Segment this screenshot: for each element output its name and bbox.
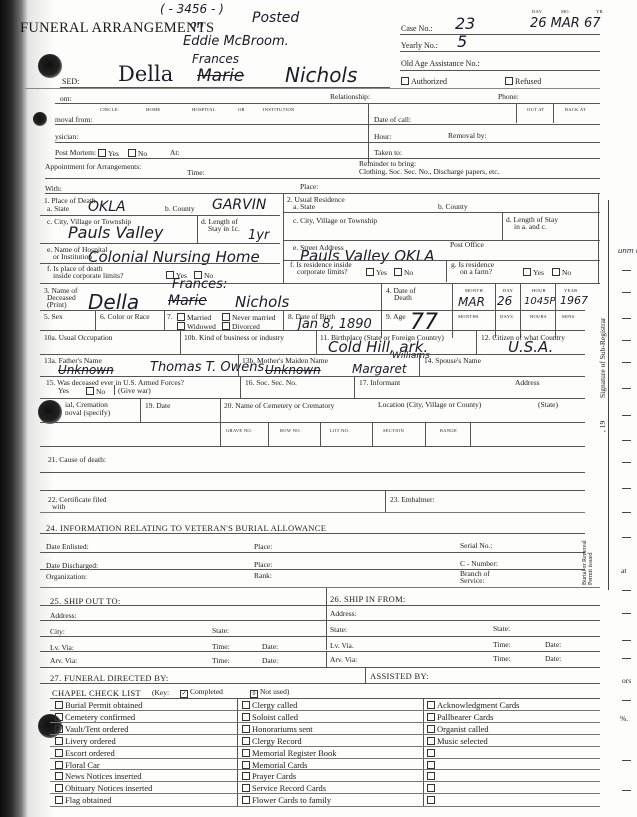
check-label: Obituary Notices inserted [65, 783, 152, 793]
rule [40, 533, 585, 534]
deceased-middle-insert[interactable]: Frances [192, 52, 239, 66]
rule [283, 212, 600, 213]
check-service-record[interactable]: Service Record Cards [242, 783, 326, 793]
checkbox-icon [242, 772, 250, 780]
checkbox-icon [242, 749, 250, 757]
rule [50, 710, 600, 711]
pod-county-label: b. County [165, 205, 195, 213]
rule [40, 512, 585, 513]
margin-tick [622, 270, 631, 271]
check-flag[interactable]: Flag obtained [55, 795, 112, 805]
authorized-label: Authorized [411, 77, 447, 86]
check-blank-3[interactable] [427, 771, 437, 781]
checkbox-icon [242, 761, 250, 769]
rule [40, 310, 585, 311]
no-label: No [562, 268, 571, 277]
rule [237, 698, 238, 806]
date-enlisted-label: Date Enlisted: [46, 543, 89, 551]
checkbox-icon [427, 796, 435, 804]
pod-state-value[interactable]: OKLA [88, 199, 126, 215]
section-header: SECTION [383, 428, 404, 433]
give-war-label: (Give war) [118, 387, 151, 395]
checkbox-icon [427, 749, 435, 757]
circle-label: CIRCLE: [100, 107, 119, 112]
assisted-by-label: ASSISTED BY: [370, 671, 429, 681]
post-mortem-no[interactable]: No [128, 149, 147, 158]
check-flower-cards[interactable]: Flower Cards to family [242, 795, 331, 805]
rule [40, 376, 585, 377]
mother-struck: Unknown [265, 363, 321, 377]
checkbox-icon [505, 77, 513, 85]
c-number-label: C - Number: [460, 560, 498, 568]
margin-tick [622, 658, 631, 659]
pod-limits-label-2: inside corporate limits? [53, 272, 123, 280]
res-limits-no[interactable]: No [394, 268, 413, 277]
check-obituary-notices[interactable]: Obituary Notices inserted [55, 783, 152, 793]
branch-label-2: Service: [460, 577, 485, 585]
checkbox-icon [55, 761, 63, 769]
deceased-label: SED: [62, 78, 79, 86]
checkbox-icon [55, 701, 63, 709]
rule [365, 667, 366, 683]
pod-stay-label-2: Stay in 1c. [208, 225, 240, 233]
checkbox-icon [55, 772, 63, 780]
check-label: Clergy called [252, 700, 297, 710]
check-news-notices[interactable]: News Notices inserted [55, 771, 141, 781]
margin-tick [622, 488, 631, 489]
check-livery[interactable]: Livery ordered [55, 736, 116, 746]
checkbox-icon [55, 784, 63, 792]
dod-year-value[interactable]: 1967 [560, 294, 588, 307]
age-value[interactable]: 77 [410, 310, 438, 335]
res-limits-yes[interactable]: Yes [366, 268, 387, 277]
rule [268, 422, 269, 446]
rank-label: Rank: [254, 572, 272, 580]
margin-at-label: at [621, 567, 626, 575]
checkbox-icon [86, 387, 94, 395]
rule [40, 422, 585, 423]
marital-never-married[interactable]: Never married [222, 313, 276, 322]
checkbox-icon [55, 749, 63, 757]
rule [238, 354, 239, 376]
rule [140, 398, 141, 422]
yes-label: Yes [58, 386, 69, 395]
case-no-value[interactable]: 23 [455, 14, 475, 33]
check-label: Cemetery confirmed [65, 712, 135, 722]
dod-day-value[interactable]: 26 [497, 294, 512, 308]
ship-out-lv-date-label: Date: [262, 643, 278, 651]
circle-home[interactable]: HOME [146, 107, 160, 112]
rule [40, 354, 585, 355]
enlisted-place-label: Place: [254, 543, 272, 551]
check-soloist-called[interactable]: Soloist called [242, 712, 298, 722]
check-label: Organist called [437, 724, 489, 734]
margin-percent: %. [620, 715, 628, 723]
checkbox-icon [55, 713, 63, 721]
rule [283, 240, 600, 241]
rule [114, 385, 115, 395]
res-state-label: a. State [293, 203, 315, 211]
res-county-label: b. County [438, 203, 468, 211]
appointment-time-label: Time: [187, 169, 205, 177]
rule [40, 243, 280, 244]
checkbox-icon [242, 796, 250, 804]
age-header-mins: MINS. [562, 314, 576, 319]
father-struck: Unknown [58, 363, 114, 377]
pod-city-value[interactable]: Pauls Valley [68, 223, 163, 242]
age-label: 9. Age [386, 313, 406, 321]
marital-married[interactable]: Married [177, 313, 211, 322]
cause-of-death-label: 21. Cause of death: [48, 456, 106, 464]
location-state-label: (State) [538, 401, 558, 409]
no-label: No [138, 149, 147, 158]
checkbox-icon [427, 772, 435, 780]
margin-tick [622, 340, 631, 341]
margin-ors: ors [622, 677, 631, 685]
rule [50, 722, 600, 723]
check-vault-tent[interactable]: Vault/Tent ordered [55, 724, 128, 734]
name-insert[interactable]: Frances: [172, 277, 227, 292]
rule [40, 472, 585, 473]
margin-tick [622, 440, 631, 441]
checkbox-icon [427, 713, 435, 721]
ship-out-state-label: State: [212, 627, 229, 635]
annotation-case-ref: ( - 3456 - ) [160, 2, 224, 16]
marital-label: 7. [167, 313, 173, 321]
rule [470, 422, 471, 446]
checkbox-icon [128, 149, 136, 157]
refused-label: Refused [515, 77, 541, 86]
margin-tick [622, 760, 631, 761]
grave-no-header: GRAVE NO. [226, 428, 252, 433]
yearly-no-label: Yearly No.: [401, 42, 438, 50]
rule [55, 142, 600, 143]
ship-out-city-label: City: [50, 628, 65, 636]
case-no-label: Case No.: [401, 25, 433, 33]
rule [553, 103, 554, 123]
pod-hospital-label-2: or Institution [53, 253, 92, 261]
post-mortem-yes[interactable]: Yes [98, 149, 119, 158]
rule [45, 178, 600, 179]
range-header: RANGE [440, 428, 457, 433]
rule [50, 758, 600, 759]
dod-label-2: Death [394, 294, 412, 302]
res-city-label: c. City, Village or Township [293, 217, 377, 225]
permit-issued-label: Burial or Removal Permit issued [582, 539, 594, 585]
ship-in-state-label: State: [493, 625, 510, 633]
check-prayer-cards[interactable]: Prayer Cards [242, 771, 296, 781]
checkbox-icon [427, 701, 435, 709]
check-label: Memorial Register Book [252, 748, 337, 758]
date-label-year: YR. [596, 9, 604, 14]
age-header-months: MONTHS [458, 314, 479, 319]
rule [372, 422, 373, 446]
date19-label: 19. Date [145, 402, 170, 410]
check-label: Acknowledgment Cards [437, 700, 519, 710]
circle-hospital[interactable]: HOSPITAL [192, 107, 216, 112]
annotation-posted-by: Eddie McBroom. [183, 34, 289, 49]
armed-forces-yes[interactable]: Yes [58, 387, 69, 395]
ship-in-title: 26. SHIP IN FROM: [330, 594, 406, 604]
rule [40, 569, 585, 570]
ship-in-address-label: Address: [330, 610, 357, 618]
check-burial-permit[interactable]: Burial Permit obtained [55, 700, 142, 710]
rule [50, 793, 600, 794]
sex-label: 5. Sex [44, 313, 63, 321]
rule [50, 734, 600, 735]
check-label: Burial Permit obtained [65, 700, 142, 710]
ship-out-arv-time-label: Time: [212, 657, 230, 665]
never-married-label: Never married [232, 313, 276, 322]
margin-tick [622, 362, 631, 363]
rule [316, 330, 317, 354]
checkbox-icon [177, 322, 185, 330]
punch-hole [38, 400, 62, 424]
taken-to-label: Taken to: [374, 149, 402, 157]
check-label: Escort ordered [65, 748, 115, 758]
sub-registrar-label: Signature of Sub-Registrar [598, 318, 607, 398]
from-label: om: [60, 95, 72, 103]
margin-rule [608, 200, 609, 590]
name-last[interactable]: Nichols [235, 293, 289, 311]
checkbox-icon [55, 725, 63, 733]
rule [55, 124, 600, 125]
rule [55, 103, 600, 104]
checkbox-icon [427, 761, 435, 769]
rule [164, 310, 165, 330]
checkbox-icon [366, 268, 374, 276]
rule [55, 158, 600, 159]
ship-out-lv-time-label: Time: [212, 643, 230, 651]
ship-in-arv-via-label: Arv. Via: [330, 656, 357, 664]
rule [180, 330, 181, 354]
rule [283, 310, 284, 330]
checkbox-icon [427, 784, 435, 792]
margin-tick [622, 388, 631, 389]
check-label: Soloist called [252, 712, 298, 722]
margin-tick [622, 415, 631, 416]
checkbox-icon [242, 725, 250, 733]
check-label: Vault/Tent ordered [65, 724, 128, 734]
race-label: 6. Color or Race [100, 313, 150, 321]
date-label-day: DAY [532, 9, 542, 14]
deceased-last-name[interactable]: Nichols [285, 63, 357, 87]
checkbox-icon [242, 701, 250, 709]
informant-label: 17. Informant [359, 379, 400, 387]
check-cemetery-confirmed[interactable]: Cemetery confirmed [55, 712, 135, 722]
check-pallbearer-cards[interactable]: Pallbearer Cards [427, 712, 493, 722]
informant-address-label: Address [515, 379, 540, 387]
post-mortem-label: Post Mortem: [55, 149, 96, 157]
check-clergy-called[interactable]: Clergy called [242, 700, 297, 710]
deceased-middle-struck: Marie [197, 66, 244, 86]
lot-no-header: LOT NO. [330, 428, 350, 433]
check-blank-4[interactable] [427, 783, 437, 793]
rule [50, 781, 600, 782]
rule [40, 446, 585, 447]
rule [25, 88, 600, 89]
checkbox-icon [55, 737, 63, 745]
rule [419, 354, 420, 376]
deceased-first-name[interactable]: Della [118, 62, 173, 86]
rule [50, 746, 600, 747]
relationship-label: Relationship: [330, 93, 370, 101]
completed-label: Completed [190, 687, 223, 696]
refused-checkbox[interactable]: Refused [505, 77, 541, 86]
check-organist-called[interactable]: Organist called [427, 724, 489, 734]
rule [240, 376, 241, 398]
annotation-posted: Posted [252, 10, 299, 26]
old-age-label: Old Age Assistance No.: [401, 60, 480, 68]
margin-tick [622, 613, 631, 614]
rule [446, 260, 447, 282]
serial-label: Serial No.: [460, 542, 493, 550]
rule [385, 490, 386, 512]
checkbox-icon [394, 268, 402, 276]
date-label-month: MO. [561, 9, 570, 14]
rule [476, 330, 477, 354]
punch-hole [38, 54, 62, 78]
margin-tick [622, 700, 631, 701]
rule [95, 310, 96, 330]
rule [50, 806, 600, 807]
margin-tick [622, 292, 631, 293]
dod-hour-value[interactable]: 1045P [524, 296, 555, 307]
margin-tick [622, 537, 631, 538]
ship-in-arv-date-label: Date: [545, 655, 561, 663]
dod-header-month: MONTH [465, 288, 483, 293]
removal-by-label: Removal by: [448, 132, 487, 140]
nineteen-label: , 19 [598, 421, 607, 432]
ship-in-lv-time-label: Time: [493, 641, 511, 649]
rule [40, 330, 585, 331]
rule [40, 283, 600, 284]
rule [50, 698, 600, 699]
rule [425, 422, 426, 446]
check-label: Prayer Cards [252, 771, 296, 781]
name-struck: Marie [168, 293, 207, 309]
rule [368, 103, 369, 163]
check-clergy-record[interactable]: Clergy Record [242, 736, 302, 746]
check-label: Honorariums sent [252, 724, 313, 734]
pod-county-value[interactable]: GARVIN [212, 197, 266, 213]
check-label: Pallbearer Cards [437, 712, 493, 722]
res-farm-no[interactable]: No [552, 268, 571, 277]
out-at-label: OUT AT [527, 107, 544, 112]
ship-out-arv-via-label: Arv. Via: [50, 657, 77, 665]
authorized-checkbox[interactable]: Authorized [401, 77, 447, 86]
rule [326, 651, 327, 667]
check-escort[interactable]: Escort ordered [55, 748, 115, 758]
punch-hole [33, 112, 47, 126]
circle-institution[interactable]: INSTITUTION [263, 107, 295, 112]
check-label: Clergy Record [252, 736, 302, 746]
dod-month-value[interactable]: MAR [458, 295, 485, 309]
check-label: Service Record Cards [252, 783, 326, 793]
no-label: No [404, 268, 413, 277]
margin-tick [622, 318, 631, 319]
name-label-3: (Print) [47, 301, 67, 309]
rule [400, 34, 600, 35]
check-music-selected[interactable]: Music selected [427, 736, 488, 746]
checkbox-icon [427, 737, 435, 745]
rule [400, 51, 600, 52]
row-no-header: ROW NO. [280, 428, 301, 433]
res-post-office-label: Post Office [450, 241, 484, 249]
rule [326, 588, 327, 650]
dod-header-day: DAY [503, 288, 513, 293]
discharged-place-label: Place: [254, 561, 272, 569]
yes-label: Yes [108, 149, 119, 158]
ship-in-lv-via-label: Lv. Via. [330, 642, 354, 650]
res-farm-label-2: on a farm? [460, 268, 492, 276]
check-memorial-register[interactable]: Memorial Register Book [242, 748, 337, 758]
zero-icon: 0 [250, 690, 258, 698]
rule [598, 193, 599, 283]
checkbox-icon [222, 313, 230, 321]
location-label: Location (City, Village or County) [378, 401, 481, 409]
check-acknowledgment-cards[interactable]: Acknowledgment Cards [427, 700, 519, 710]
res-farm-yes[interactable]: Yes [523, 268, 544, 277]
annotation-on: on [190, 18, 204, 31]
at-label: At: [170, 149, 180, 157]
with-label: With: [45, 185, 62, 193]
spouse-label: 14. Spouse's Name [424, 357, 481, 365]
rule [400, 70, 600, 71]
hour-label: Hour: [374, 133, 392, 141]
age-header-hours: HOURS [530, 314, 547, 319]
check-honorariums[interactable]: Honorariums sent [242, 724, 313, 734]
check-blank-1[interactable] [427, 748, 437, 758]
organization-label: Organization: [46, 573, 87, 581]
funeral-arrangements-form: FUNERAL ARRANGEMENTS ( - 3456 - ) on Pos… [0, 0, 637, 817]
checklist-key-label: (Key: [152, 689, 169, 697]
place-label: Place: [300, 183, 318, 191]
check-blank-5[interactable] [427, 795, 437, 805]
not-used-label: Not used) [260, 687, 289, 696]
funeral-directed-label: 27. FUNERAL DIRECTED BY: [50, 673, 169, 683]
pod-state-label: a. State [47, 205, 69, 213]
certificate-label-2: with [52, 503, 65, 511]
veteran-section-title: 24. INFORMATION RELATING TO VETERAN'S BU… [46, 523, 326, 533]
rule [502, 212, 503, 240]
no-label: No [96, 387, 105, 396]
checkbox-icon [55, 796, 63, 804]
back-at-label: BACK AT [565, 107, 586, 112]
burial-label-2: noval (specify) [65, 409, 110, 417]
yearly-no-value[interactable]: 5 [457, 32, 467, 51]
pod-stay-value[interactable]: 1yr [248, 228, 269, 243]
mother-value[interactable]: Margaret [352, 362, 407, 376]
age-header-days: DAYS [500, 314, 513, 319]
margin-tick [622, 640, 631, 641]
margin-scribble: unm inde [618, 247, 637, 255]
removal-from-label: moval from: [55, 116, 92, 124]
case-date-value[interactable]: 26 MAR 67 [530, 16, 601, 31]
checkmark-icon: ✓ [180, 690, 188, 698]
checkbox-icon [401, 77, 409, 85]
appointment-label: Appointment for Arrangements: [45, 163, 141, 171]
checkbox-icon [242, 784, 250, 792]
key-not-used: 0Not used) [250, 688, 289, 698]
ship-out-address-label: Address: [50, 612, 77, 620]
armed-forces-no[interactable]: No [86, 387, 105, 396]
rule [40, 587, 600, 588]
dod-header-year: YEAR [564, 288, 577, 293]
yes-label: Yes [533, 268, 544, 277]
rule [40, 398, 585, 399]
checklist-title: CHAPEL CHECK LIST [52, 688, 141, 698]
